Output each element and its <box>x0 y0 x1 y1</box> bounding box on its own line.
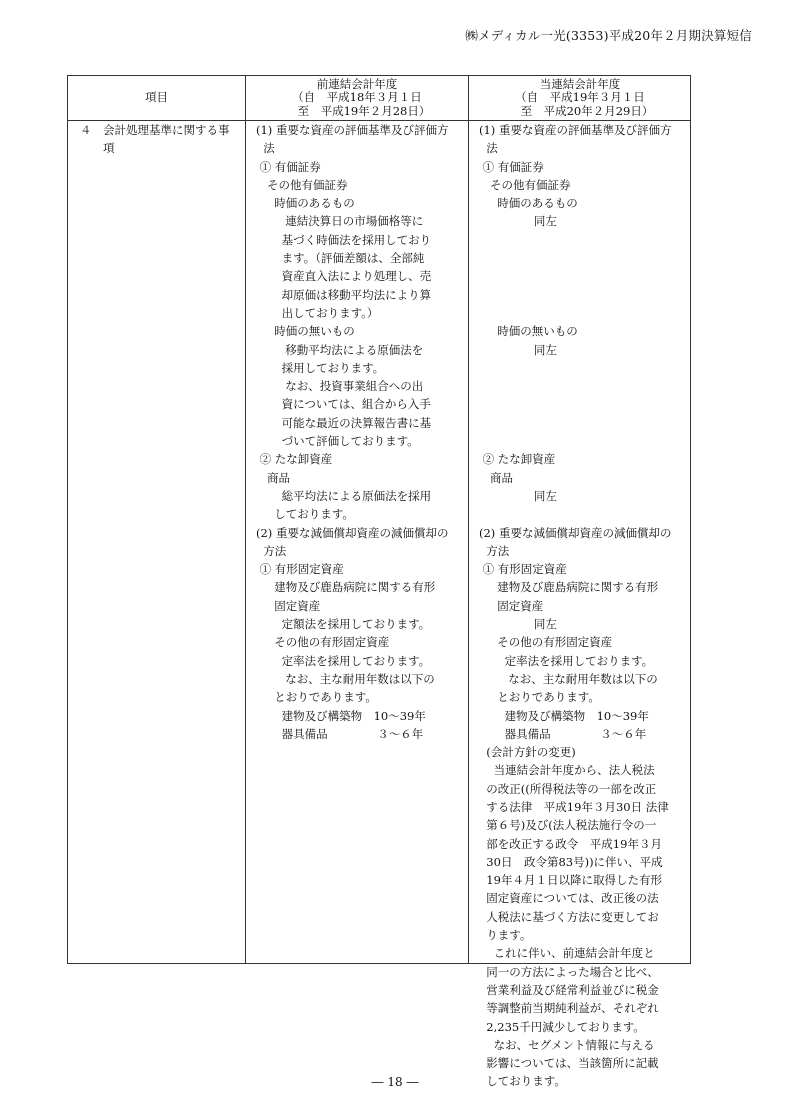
header-prev-to: 至 平成19年２月28日） <box>284 105 431 119</box>
text-line: 影響については、当該箇所に記載 <box>479 1054 689 1072</box>
text-line: 営業利益及び経常利益並びに税金 <box>479 981 689 999</box>
text-line <box>479 505 689 523</box>
text-line: ① 有形固定資産 <box>479 560 689 578</box>
text-line: 人税法に基づく方法に変更してお <box>479 908 689 926</box>
text-line: (1) 重要な資産の評価基準及び評価方 <box>479 121 689 139</box>
column-divider <box>468 76 469 963</box>
text-line: 第６号)及び(法人税法施行令の一 <box>479 816 689 834</box>
header-item: 項目 <box>68 76 245 120</box>
text-line: (2) 重要な減価償却資産の減価償却の <box>479 524 689 542</box>
text-line: 同左 <box>479 212 689 230</box>
text-line: 項 <box>80 139 242 157</box>
text-line: 商品 <box>479 469 689 487</box>
text-line: ４ 会計処理基準に関する事 <box>80 121 242 139</box>
text-line: なお、主な耐用年数は以下の <box>256 670 466 688</box>
text-line: 法 <box>256 139 466 157</box>
text-line: これに伴い、前連結会計年度と <box>479 944 689 962</box>
text-line: 採用しております。 <box>256 359 466 377</box>
text-line: 当連結会計年度から、法人税法 <box>479 761 689 779</box>
text-line: 連結決算日の市場価格等に <box>256 212 466 230</box>
text-line: 建物及び鹿島病院に関する有形 <box>479 578 689 596</box>
text-line: ① 有価証券 <box>479 158 689 176</box>
text-line: しております。 <box>256 505 466 523</box>
text-line: ① 有価証券 <box>256 158 466 176</box>
text-line: 時価の無いもの <box>479 322 689 340</box>
current-year-cell: (1) 重要な資産の評価基準及び評価方 法 ① 有価証券 その他有価証券 時価の… <box>479 121 689 1091</box>
text-line: 建物及び構築物 10～39年 <box>256 707 466 725</box>
text-line: 2,235千円減少しております。 <box>479 1018 689 1036</box>
header-item-label: 項目 <box>145 91 168 105</box>
text-line <box>479 231 689 249</box>
text-line: ② たな卸資産 <box>256 450 466 468</box>
text-line: する法律 平成19年３月30日 法律 <box>479 798 689 816</box>
text-line <box>479 267 689 285</box>
text-line: とおりであります。 <box>256 688 466 706</box>
text-line: 30日 政令第83号))に伴い、平成 <box>479 853 689 871</box>
text-line: 基づく時価法を採用しており <box>256 231 466 249</box>
previous-year-cell: (1) 重要な資産の評価基準及び評価方 法 ① 有価証券 その他有価証券 時価の… <box>256 121 466 743</box>
text-line: 建物及び鹿島病院に関する有形 <box>256 578 466 596</box>
text-line: 資については、組合から入手 <box>256 395 466 413</box>
text-line: 時価のあるもの <box>256 194 466 212</box>
text-line <box>479 395 689 413</box>
text-line: なお、主な耐用年数は以下の <box>479 670 689 688</box>
header-current-year: 当連結会計年度 （自 平成19年３月１日 至 平成20年２月29日） <box>469 76 691 120</box>
text-line: ります。 <box>479 926 689 944</box>
text-line: 定率法を採用しております。 <box>256 652 466 670</box>
text-line <box>479 286 689 304</box>
text-line: その他の有形固定資産 <box>256 633 466 651</box>
text-line: (2) 重要な減価償却資産の減価償却の <box>256 524 466 542</box>
text-line <box>479 377 689 395</box>
text-line: 建物及び構築物 10～39年 <box>479 707 689 725</box>
header-previous-year: 前連結会計年度 （自 平成18年３月１日 至 平成19年２月28日） <box>246 76 468 120</box>
text-line: 方法 <box>256 542 466 560</box>
text-line: 出しております。） <box>256 304 466 322</box>
text-line: なお、投資事業組合への出 <box>256 377 466 395</box>
text-line: づいて評価しております。 <box>256 432 466 450</box>
text-line: 器具備品 ３～６年 <box>479 725 689 743</box>
text-line <box>479 249 689 267</box>
text-line: 可能な最近の決算報告書に基 <box>256 414 466 432</box>
text-line: 固定資産 <box>479 597 689 615</box>
text-line: なお、セグメント情報に与える <box>479 1036 689 1054</box>
text-line: 時価のあるもの <box>479 194 689 212</box>
text-line: 定率法を採用しております。 <box>479 652 689 670</box>
text-line: その他の有形固定資産 <box>479 633 689 651</box>
text-line: 部を改正する政令 平成19年３月 <box>479 835 689 853</box>
text-line: の改正((所得税法等の一部を改正 <box>479 780 689 798</box>
page-number: ― 18 ― <box>0 1075 790 1089</box>
text-line: 同一の方法によった場合と比べ、 <box>479 963 689 981</box>
text-line: ます。（評価差額は、全部純 <box>256 249 466 267</box>
text-line: 器具備品 ３～６年 <box>256 725 466 743</box>
text-line: その他有価証券 <box>479 176 689 194</box>
text-line <box>479 359 689 377</box>
header-prev-title: 前連結会計年度 <box>317 78 398 92</box>
header-curr-title: 当連結会計年度 <box>540 78 621 92</box>
text-line <box>479 432 689 450</box>
column-divider <box>245 76 246 963</box>
text-line <box>479 414 689 432</box>
text-line: 固定資産 <box>256 597 466 615</box>
text-line: その他有価証券 <box>256 176 466 194</box>
text-line: 商品 <box>256 469 466 487</box>
text-line: (会計方針の変更) <box>479 743 689 761</box>
header-curr-from: （自 平成19年３月１日 <box>515 91 645 105</box>
text-line: とおりであります。 <box>479 688 689 706</box>
text-line: 時価の無いもの <box>256 322 466 340</box>
text-line: 同左 <box>479 341 689 359</box>
text-line: 却原価は移動平均法により算 <box>256 286 466 304</box>
text-line: 等調整前当期純利益が、それぞれ <box>479 999 689 1017</box>
text-line: 方法 <box>479 542 689 560</box>
page-header: ㈱メディカル一光(3353)平成20年２月期決算短信 <box>465 26 752 44</box>
text-line: (1) 重要な資産の評価基準及び評価方 <box>256 121 466 139</box>
header-prev-from: （自 平成18年３月１日 <box>292 91 422 105</box>
text-line: 同左 <box>479 487 689 505</box>
accounting-policy-table: 項目 前連結会計年度 （自 平成18年３月１日 至 平成19年２月28日） 当連… <box>67 75 691 964</box>
text-line: ① 有形固定資産 <box>256 560 466 578</box>
text-line: 総平均法による原価法を採用 <box>256 487 466 505</box>
text-line: ② たな卸資産 <box>479 450 689 468</box>
text-line <box>479 304 689 322</box>
header-curr-to: 至 平成20年２月29日） <box>507 105 654 119</box>
text-line: 法 <box>479 139 689 157</box>
text-line: 資産直入法により処理し、売 <box>256 267 466 285</box>
text-line: 移動平均法による原価法を <box>256 341 466 359</box>
text-line: 定額法を採用しております。 <box>256 615 466 633</box>
text-line: 固定資産については、改正後の法 <box>479 889 689 907</box>
text-line: 19年４月１日以降に取得した有形 <box>479 871 689 889</box>
item-cell: ４ 会計処理基準に関する事 項 <box>80 121 242 158</box>
text-line: 同左 <box>479 615 689 633</box>
